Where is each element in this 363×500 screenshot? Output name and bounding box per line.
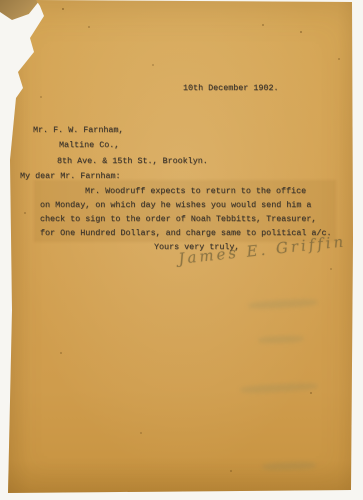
body-line-4: for One Hundred Dollars, and charge same… [40,227,332,239]
body-line-3: check to sign to the order of Noah Tebbi… [40,213,316,225]
ink-showthrough-smudge [258,335,304,344]
date-line: 10th December 1902. [183,82,279,94]
letter-paper: 10th December 1902. Mr. F. W. Farnham, M… [0,0,363,500]
salutation-line: My dear Mr. Farnham: [20,170,121,182]
letter-scan: 10th December 1902. Mr. F. W. Farnham, M… [0,0,363,500]
recipient-company-line: Maltine Co., [59,139,119,151]
torn-corner-fragment [0,0,40,20]
body-line-1: Mr. Woodruff expects to return to the of… [85,185,306,197]
ink-showthrough-smudge [262,461,316,471]
body-line-2: on Monday, on which day he wishes you wo… [40,199,311,211]
recipient-name-line: Mr. F. W. Farnham, [33,124,123,136]
ink-showthrough-smudge [240,382,318,394]
recipient-address-line: 8th Ave. & 15th St., Brooklyn. [57,155,208,167]
ink-showthrough-smudge [248,298,318,310]
